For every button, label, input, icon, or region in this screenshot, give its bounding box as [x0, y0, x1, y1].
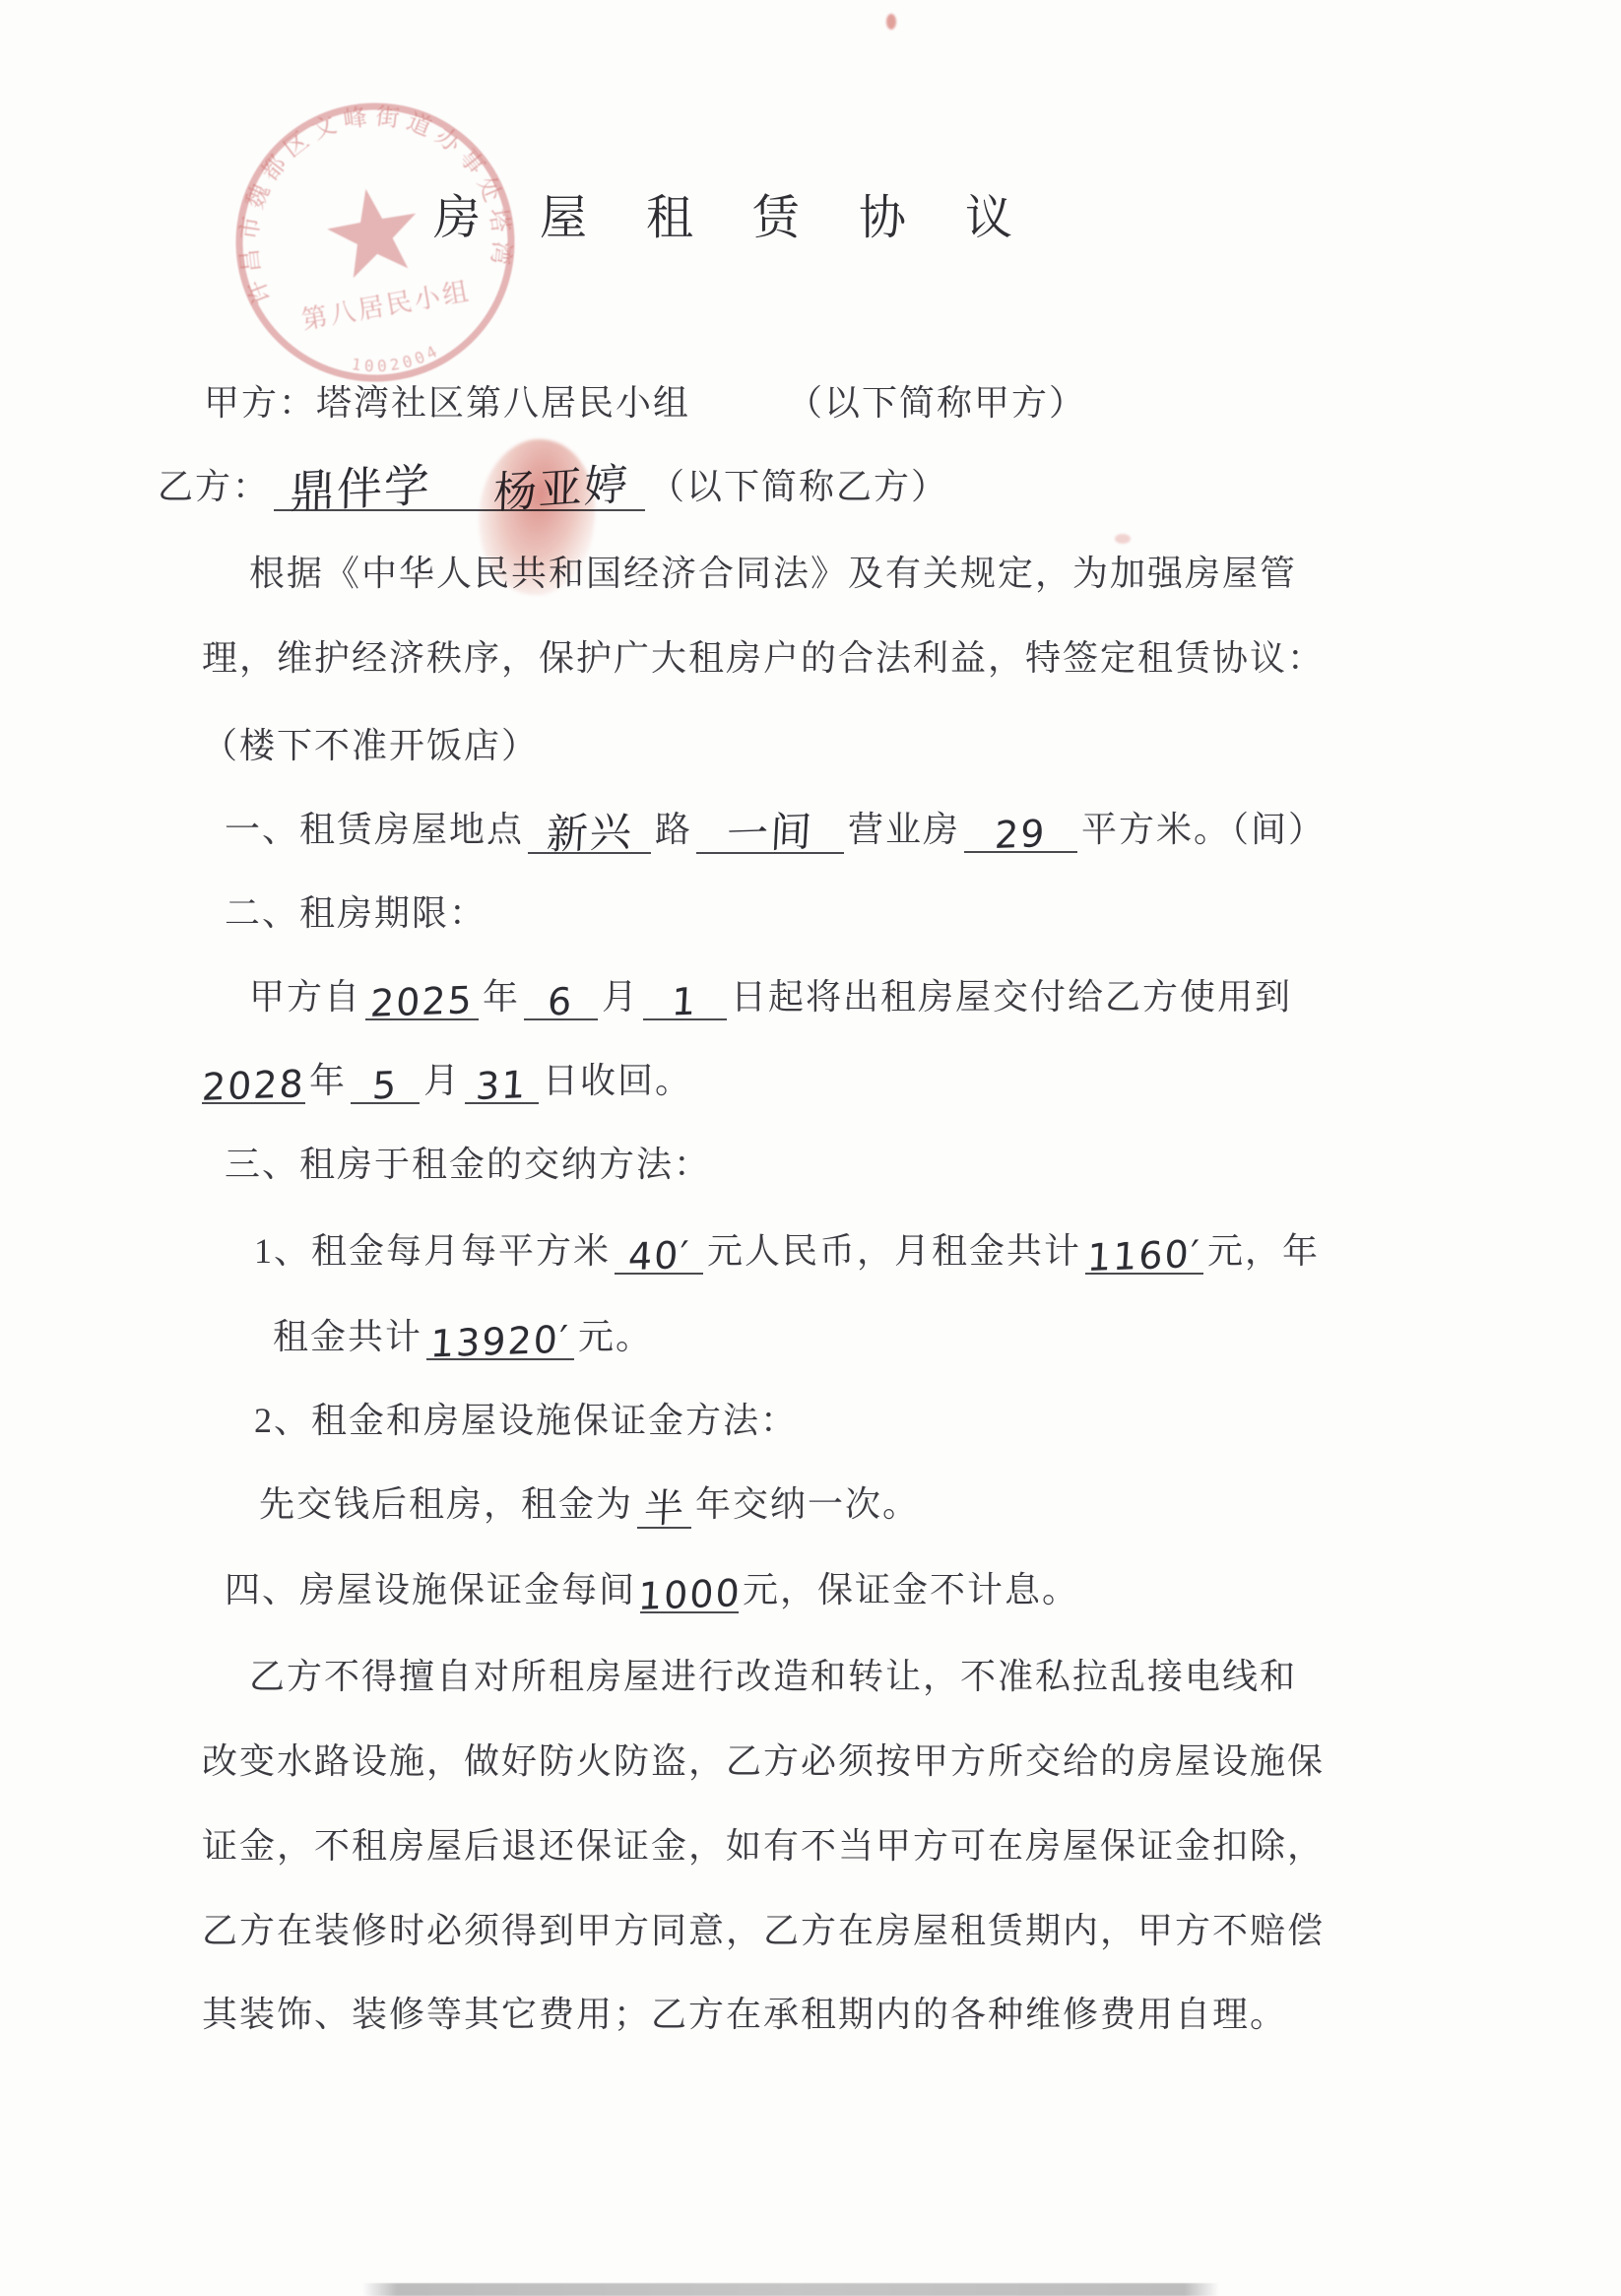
house-type-label: 营业房 [848, 810, 960, 849]
end-year-blank: 2028 [202, 1062, 305, 1104]
stamp-inner-text: 第八居民小组 [299, 277, 473, 335]
end-month-handwritten: 5 [371, 1066, 399, 1104]
payment-term-blank: 半 [637, 1486, 691, 1529]
monthly-rent-handwritten: 1160′ [1086, 1235, 1201, 1277]
term-start-prefix: 甲方自 [249, 977, 361, 1017]
term-start-line: 甲方自2025年6月1日起将出租房屋交付给乙方使用到 [249, 971, 1292, 1022]
start-day-handwritten: 1 [671, 982, 698, 1020]
area-blank: 29 [964, 811, 1077, 853]
scan-artifact-bar [362, 2283, 1219, 2296]
svg-text:许昌市魏都区文峰街道办事处塔湾社区: 许昌市魏都区文峰街道办事处塔湾社区 [198, 70, 521, 323]
location-blank: 新兴 [528, 812, 651, 854]
end-month-blank: 5 [351, 1062, 420, 1104]
terms-line-2: 改变水路设施，做好防火防盗，乙方必须按甲方所交给的房屋设施保 [202, 1736, 1325, 1787]
end-day-blank: 31 [465, 1062, 539, 1104]
start-month-label: 月 [602, 977, 639, 1017]
monthly-rent-blank: 1160′ [1085, 1232, 1203, 1275]
end-month-label: 月 [423, 1061, 461, 1100]
start-year-label: 年 [483, 977, 520, 1017]
yearly-rent-blank: 13920′ [426, 1318, 574, 1360]
terms-line-5: 其装饰、装修等其它费用；乙方在承租期内的各种维修费用自理。 [202, 1989, 1287, 2040]
end-year-label: 年 [309, 1061, 347, 1100]
ink-speck-mid [1115, 534, 1131, 544]
payment-line: 先交钱后租房，租金为半年交纳一次。 [259, 1478, 920, 1530]
rent-line-2: 租金共计13920′元。 [273, 1311, 653, 1362]
rate-handwritten: 40′ [627, 1236, 691, 1276]
clause-3-heading: 三、租房于租金的交纳方法： [225, 1139, 711, 1190]
start-year-blank: 2025 [365, 978, 479, 1020]
star-icon [321, 181, 424, 281]
terms-line-3: 证金，不租房屋后退还保证金，如有不当甲方可在房屋保证金扣除， [202, 1820, 1325, 1871]
deposit-handwritten: 1000 [637, 1574, 743, 1615]
rent-line-1: 1、租金每月每平方米40′元人民币，月租金共计1160′元，年 [254, 1225, 1320, 1277]
payment-prefix: 先交钱后租房，租金为 [259, 1484, 633, 1524]
stamp-ring-text: 许昌市魏都区文峰街道办事处塔湾社区 [198, 70, 521, 323]
payment-term-handwritten: 半 [642, 1488, 685, 1530]
party-b-note: （以下简称乙方） [649, 467, 948, 506]
start-day-blank: 1 [643, 978, 727, 1020]
yearly-rent-prefix: 租金共计 [273, 1317, 422, 1356]
clause-1-suffix: 平方米。（间） [1081, 810, 1326, 849]
term-end-line: 2028年5月31日收回。 [202, 1055, 692, 1106]
clause-4-suffix: 元，保证金不计息。 [743, 1570, 1079, 1609]
term-end-suffix: 日收回。 [543, 1061, 692, 1100]
party-b-name-1-handwritten: 鼎伴学 [290, 462, 432, 515]
rooms-blank: 一间 [696, 812, 844, 854]
preamble-note: （楼下不准开饭店） [202, 720, 539, 771]
start-year-handwritten: 2025 [369, 981, 475, 1022]
rent-mid: 元人民币，月租金共计 [707, 1231, 1081, 1271]
road-label: 路 [655, 810, 692, 849]
clause-1-prefix: 一、租赁房屋地点 [225, 810, 524, 849]
ink-speck-top [886, 14, 896, 30]
terms-line-4: 乙方在装修时必须得到甲方同意，乙方在房屋租赁期内，甲方不赔偿 [202, 1905, 1325, 1956]
end-day-handwritten: 31 [475, 1066, 528, 1105]
rate-blank: 40′ [615, 1232, 703, 1275]
clause-4-line: 四、房屋设施保证金每间1000元，保证金不计息。 [225, 1564, 1079, 1615]
official-seal-stamp: 许昌市魏都区文峰街道办事处塔湾社区 第八居民小组 1002004 [198, 70, 551, 415]
preamble-line-1: 根据《中华人民共和国经济合同法》及有关规定，为加强房屋管 [202, 548, 1297, 599]
deposit-method-heading: 2、租金和房屋设施保证金方法： [254, 1395, 798, 1446]
rent-suffix: 元，年 [1207, 1231, 1320, 1271]
start-month-blank: 6 [524, 978, 598, 1020]
terms-line-1: 乙方不得擅自对所租房屋进行改造和转让，不准私拉乱接电线和 [202, 1651, 1297, 1702]
area-handwritten: 29 [994, 815, 1047, 854]
party-a-note: （以下简称甲方） [787, 383, 1086, 423]
preamble-line-2: 理，维护经济秩序，保护广大租房户的合法利益，特签定租赁协议： [202, 632, 1325, 684]
end-year-handwritten: 2028 [201, 1065, 306, 1106]
yearly-rent-suffix: 元。 [578, 1317, 653, 1356]
clause-1-line: 一、租赁房屋地点新兴路一间营业房29平方米。（间） [225, 804, 1326, 855]
yearly-rent-handwritten: 13920′ [429, 1320, 570, 1362]
location-handwritten: 新兴 [545, 811, 633, 855]
party-b-label: 乙方： [158, 467, 270, 506]
rent-prefix: 1、租金每月每平方米 [254, 1231, 611, 1271]
start-month-handwritten: 6 [547, 982, 574, 1020]
term-start-suffix: 日起将出租房屋交付给乙方使用到 [731, 977, 1292, 1017]
rooms-handwritten: 一间 [726, 811, 814, 855]
deposit-blank: 1000 [640, 1571, 739, 1613]
payment-suffix: 年交纳一次。 [695, 1484, 920, 1524]
clause-2-heading: 二、租房期限： [225, 887, 486, 939]
scanned-rental-agreement-page: 房 屋 租 赁 协 议 许昌市魏都区文峰街道办事处塔湾社区 第八居民小组 100… [0, 0, 1621, 2296]
clause-4-prefix: 四、房屋设施保证金每间 [225, 1570, 636, 1609]
